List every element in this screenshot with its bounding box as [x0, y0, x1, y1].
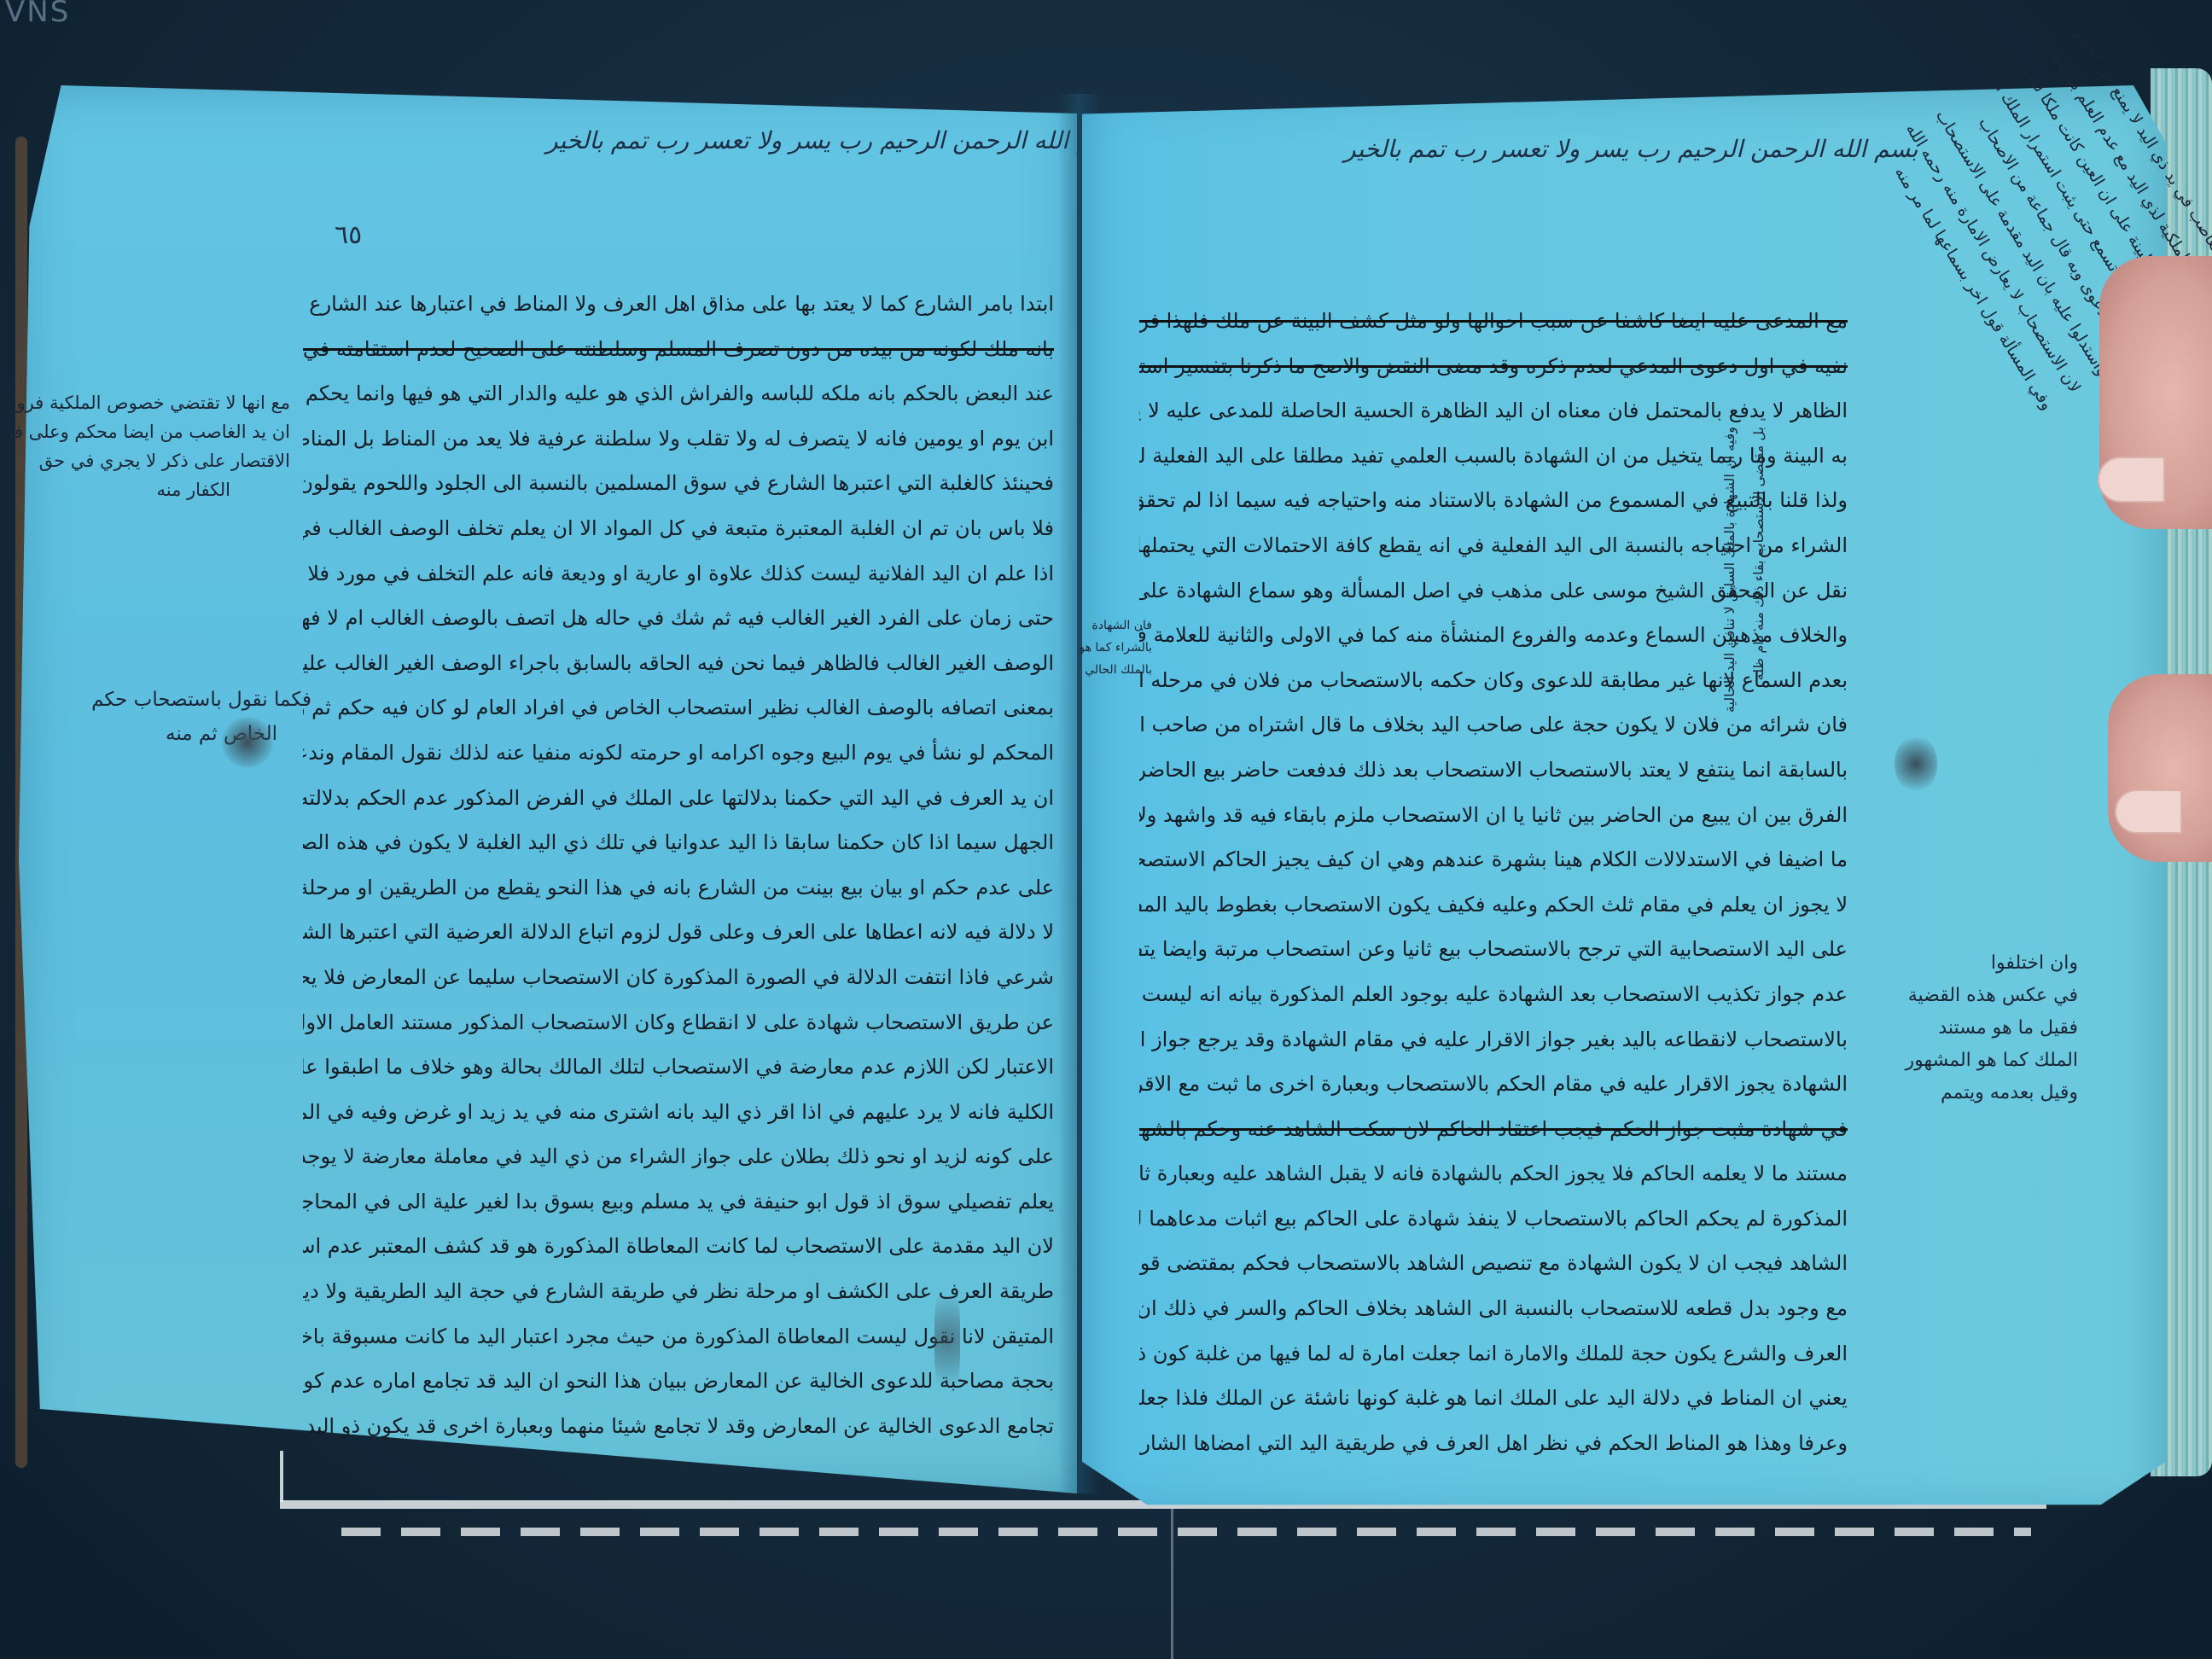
text-line: عدم جواز تكذيب الاستصحاب بعد الشهادة علي…	[1139, 972, 1848, 1017]
margin-note-line: بل مقتضى الاستصحاب بقاء ذلك منه دام ظله	[1744, 427, 1773, 905]
text-line: مستند ما لا يعلمه الحاكم فلا يجوز الحكم …	[1139, 1151, 1848, 1196]
hand-finger-lower	[2108, 674, 2212, 862]
text-line: على عدم حكم او بيان بيع بينت من الشارع ب…	[303, 865, 1054, 911]
margin-note-line: بالملك الحالي	[1092, 659, 1152, 681]
left-margin-note-middle: فكما نقول باستصحاب حكم الخاص ثم منه	[124, 683, 311, 751]
margin-note-line: في عكس هذه القضية	[1907, 980, 2078, 1012]
text-line: المذكورة لم يحكم الحاكم بالاستصحاب لا ين…	[1139, 1196, 1848, 1242]
fingernail-lower	[2115, 789, 2182, 834]
text-line: على كونه لزيد او نحو ذلك بطلان على جواز …	[303, 1134, 1054, 1179]
text-line: اذا علم ان اليد الفلانية ليست كذلك علاوة…	[303, 551, 1054, 597]
background-stamp-text: VNS	[5, 0, 70, 29]
text-line: يعني ان المناط في دلالة اليد على الملك ا…	[1139, 1376, 1848, 1421]
text-line: ان يد العرف في اليد التي حكمنا بدلالتها …	[303, 776, 1054, 821]
margin-note-line: الخاص ثم منه	[124, 717, 311, 751]
text-line: في شهادة مثبت جواز الحكم فيجب اعتقاد الح…	[1139, 1107, 1848, 1152]
ink-smudge	[222, 717, 273, 768]
margin-note-line: بالشراء كما هو	[1092, 637, 1152, 659]
frame-dashed-line	[341, 1528, 2031, 1536]
right-vertical-edge-note: وفيه ان الشهادة بالملك السابق لا تنافي ا…	[1715, 427, 1773, 905]
right-lower-margin-note: وان اختلفوا في عكس هذه القضية فقيل ما هو…	[1907, 947, 2078, 1109]
margin-note-line: مع انها لا تقتضي خصوص الملكية فروح	[107, 388, 290, 417]
text-line: الكلية فانه لا يرد عليهم في اذا اقر ذي ا…	[303, 1090, 1054, 1135]
text-line: ابن يوم او يومين فانه لا يتصرف له ولا تق…	[303, 416, 1054, 462]
ink-smudge	[1895, 734, 1937, 794]
text-line: فلا باس بان تم ان الغلبة المعتبرة متبعة …	[303, 506, 1054, 551]
left-page-header: بسم الله الرحمن الرحيم رب يسر ولا تعسر ر…	[546, 126, 1120, 154]
margin-note-line: فقيل ما هو مستند	[1907, 1012, 2078, 1045]
text-line: حتى زمان على الفرد الغير الغالب فيه ثم ش…	[303, 596, 1054, 641]
text-line: شرعي فاذا انتفت الدلالة في الصورة المذكو…	[303, 955, 1054, 1000]
margin-note-line: الكفار منه	[107, 475, 290, 504]
left-page-body-text: ابتدا بامر الشارع كما لا يعتد بها على مذ…	[303, 282, 1054, 1448]
text-line: يعلم تفصيلي سوق اذ قول ابو حنيفة في يد م…	[303, 1179, 1054, 1225]
text-line: لا دلالة فيه لانه اعطاها على العرف وعلى …	[303, 910, 1054, 955]
text-line: على اليد الاستصحابية التي ترجح بالاستصحا…	[1139, 927, 1848, 972]
text-line: الشاهد فيجب ان لا يكون الشهادة مع تنصيص …	[1139, 1241, 1848, 1286]
margin-note-line: وفيه ان الشهادة بالملك السابق لا تنافي ا…	[1715, 427, 1744, 905]
right-inner-margin-note: فان الشهادة بالشراء كما هو بالملك الحالي	[1092, 614, 1152, 681]
margin-note-line: وقيل بعدمه ويتمم	[1907, 1077, 2078, 1109]
text-line: عن طريق الاستصحاب شهادة على لا انقطاع وك…	[303, 1000, 1054, 1045]
text-line: نفيه في اول دعوى المدعي لعدم ذكره وقد مض…	[1139, 344, 1848, 389]
margin-note-line: الملك كما هو المشهور	[1907, 1045, 2078, 1077]
text-line: عند البعض بالحكم بانه ملكه للباسه والفرا…	[303, 371, 1054, 416]
text-line: لان اليد مقدمة على الاستصحاب لما كانت ال…	[303, 1224, 1054, 1269]
text-line: الشهادة يجوز الاقرار عليه في مقام الحكم …	[1139, 1062, 1848, 1107]
text-line: العرف والشرع يكون حجة للملك والامارة انم…	[1139, 1331, 1848, 1377]
ink-smudge	[934, 1280, 960, 1400]
left-margin-note-upper: مع انها لا تقتضي خصوص الملكية فروح ان يد…	[107, 388, 290, 504]
text-line: ابتدا بامر الشارع كما لا يعتد بها على مذ…	[303, 282, 1054, 327]
margin-note-line: ان يد الغاصب من ايضا محكم وعلى فرض	[107, 417, 290, 446]
frame-line-left	[280, 1451, 283, 1502]
margin-note-line: فان الشهادة	[1092, 614, 1152, 637]
text-line: فحينئذ كالغلبة التي اعتبرها الشارع في سو…	[303, 461, 1054, 506]
right-page-header: بسم الله الرحمن الرحيم رب يسر ولا تعسر ر…	[1344, 135, 1918, 163]
text-line: بمعنى اتصافه بالوصف الغالب نظير استصحاب …	[303, 685, 1054, 731]
margin-note-line: وان اختلفوا	[1907, 947, 2078, 980]
text-line: الوصف الغير الغالب فالظاهر فيما نحن فيه …	[303, 641, 1054, 686]
margin-note-line: فكما نقول باستصحاب حكم	[124, 683, 311, 717]
text-line: بانه ملك لكونه من بيده من دون تصرف المسل…	[303, 327, 1054, 372]
text-line: مع وجود بدل قطعه للاستصحاب بالنسبة الى ا…	[1139, 1286, 1848, 1331]
text-line: وعرفا وهذا هو المناط الحكم في نظر اهل ال…	[1139, 1421, 1848, 1466]
left-page-number: ٦٥	[335, 220, 362, 250]
text-line: الاعتبار لكن اللازم عدم معارضة في الاستص…	[303, 1045, 1054, 1090]
text-line: تجامع الدعوى الخالية عن المعارض وقد لا ت…	[303, 1404, 1054, 1449]
text-line: بالاستصحاب لانقطاعه باليد بغير جواز الاق…	[1139, 1017, 1848, 1062]
text-line: مع المدعى عليه ايضا كاشفا عن سبب احوالها…	[1139, 299, 1848, 344]
fingernail-upper	[2098, 457, 2165, 503]
text-line: الجهل سيما اذا كان حكمنا سابقا ذا اليد ع…	[303, 820, 1054, 865]
margin-note-line: الاقتصار على ذكر لا يجري في حق	[107, 446, 290, 475]
text-line: المحكم لو نشأ في يوم البيع وجوه اكرامه ا…	[303, 731, 1054, 776]
